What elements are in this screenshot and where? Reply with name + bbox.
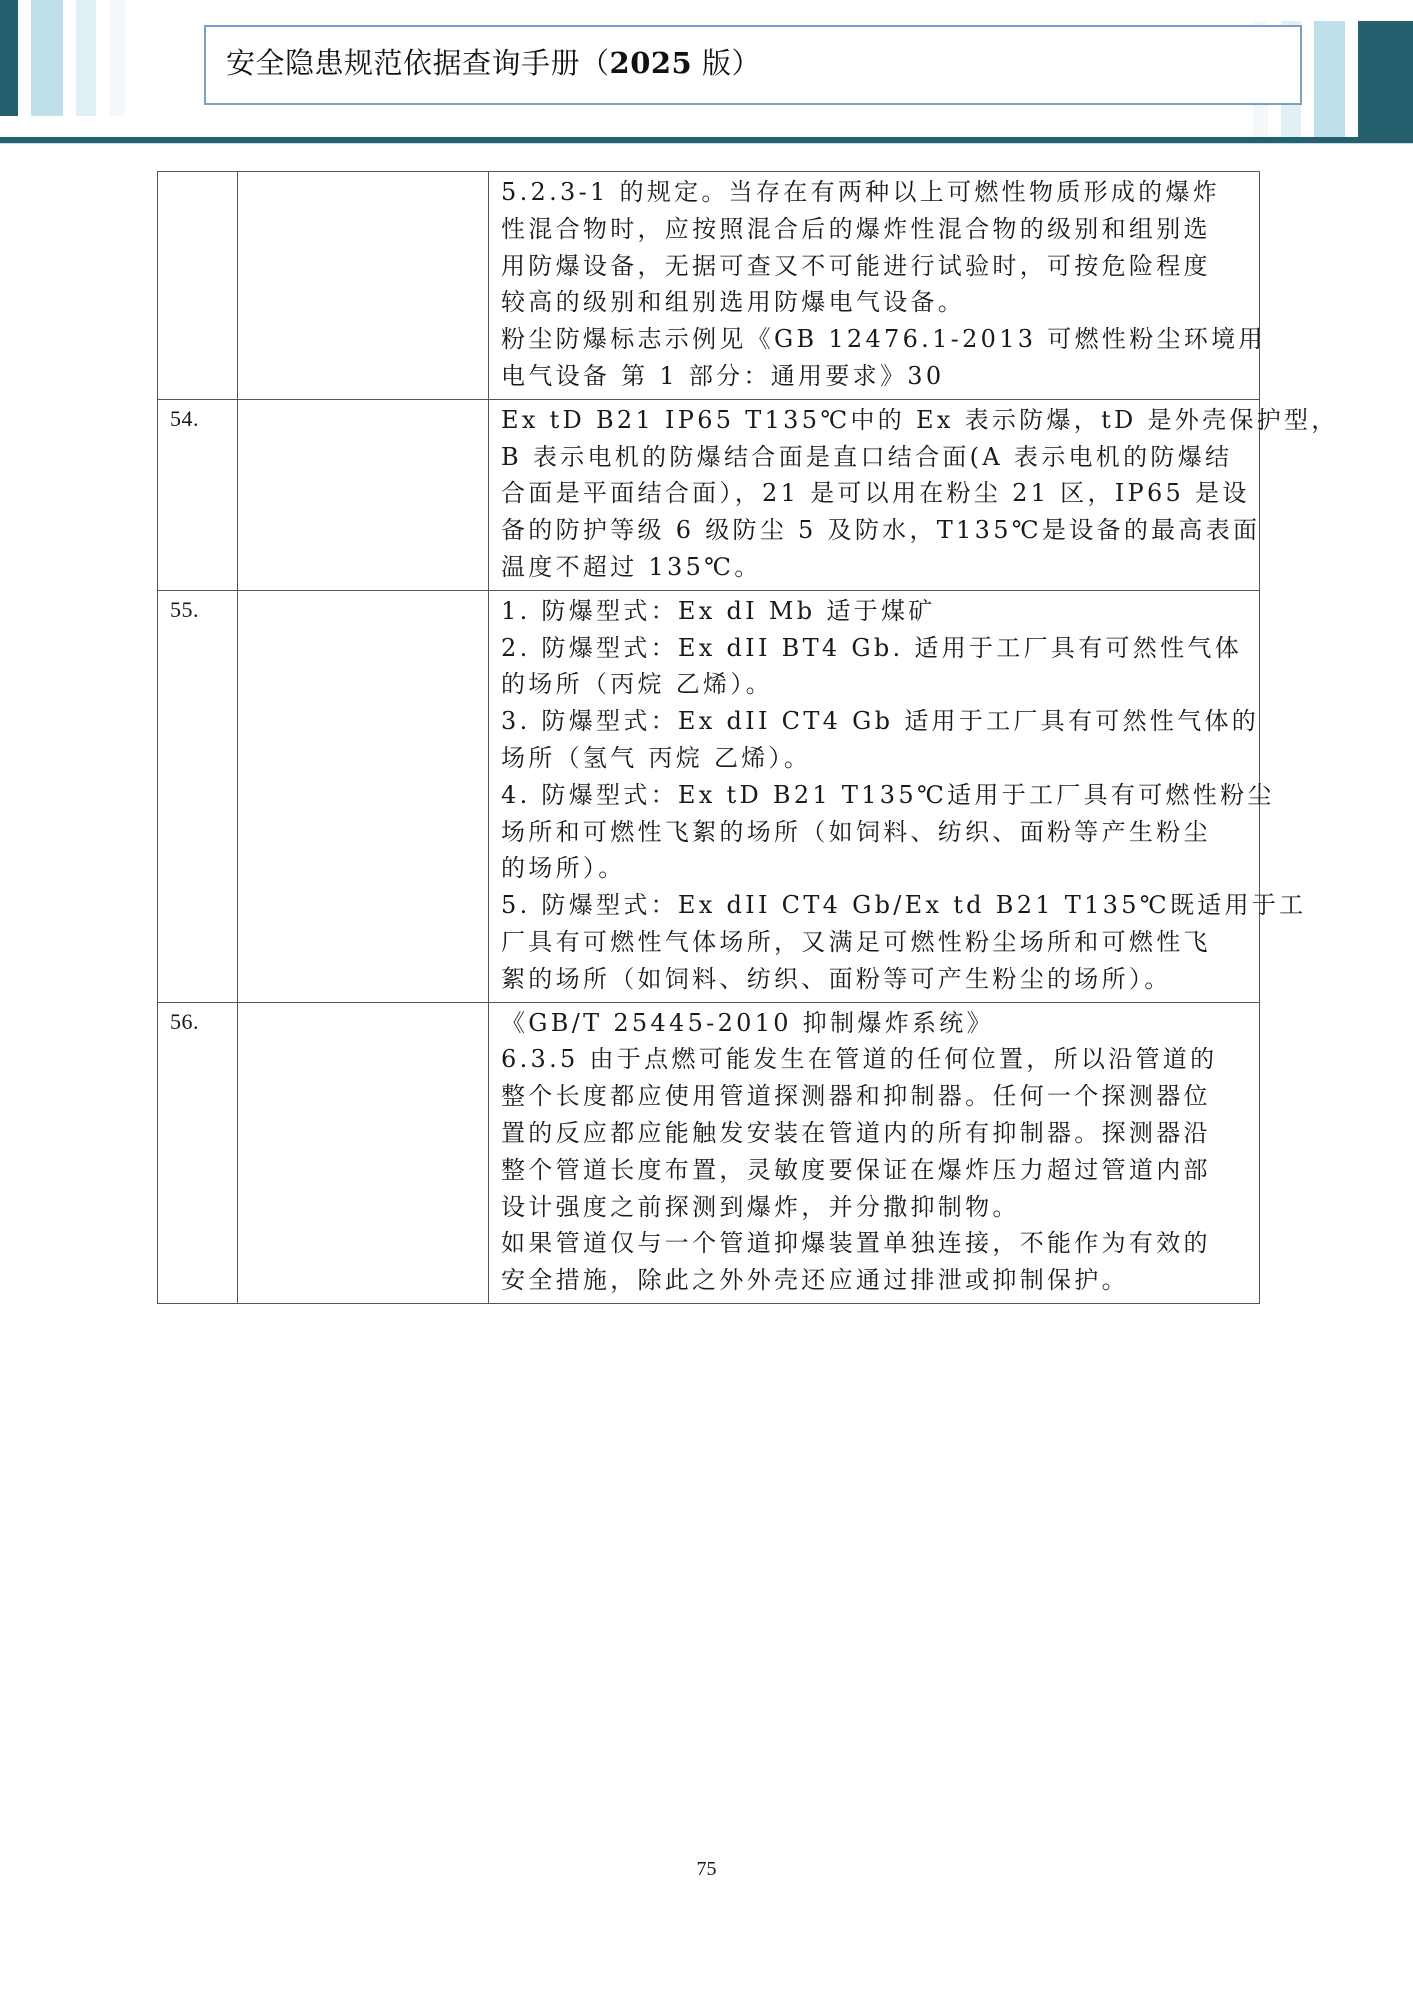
row-middle-cell [238, 590, 489, 1002]
header-stripe-faint-left [110, 0, 125, 116]
header-stripe-light-right [1314, 21, 1345, 138]
row-number: 56. [158, 1002, 238, 1303]
content-line: 安全措施，除此之外外壳还应通过排泄或抑制保护。 [501, 1262, 1243, 1299]
row-middle-cell [238, 1002, 489, 1303]
row-content: 1. 防爆型式：Ex dI Mb 适于煤矿 2. 防爆型式：Ex dII BT4… [489, 590, 1260, 1002]
content-line: 厂具有可燃性气体场所，又满足可燃性粉尘场所和可燃性飞 [501, 924, 1243, 961]
content-line: 的场所（丙烷 乙烯）。 [501, 666, 1243, 703]
content-line: 整个长度都应使用管道探测器和抑制器。任何一个探测器位 [501, 1078, 1243, 1115]
page-number: 75 [0, 1858, 1413, 1881]
header-stripe-dark-right [1358, 21, 1413, 138]
row-content: 5.2.3-1 的规定。当存在有两种以上可燃性物质形成的爆炸 性混合物时，应按照… [489, 172, 1260, 400]
content-line: 粉尘防爆标志示例见《GB 12476.1-2013 可燃性粉尘环境用 [501, 321, 1243, 358]
row-number: 54. [158, 399, 238, 590]
content-line: B 表示电机的防爆结合面是直口结合面(A 表示电机的防爆结 [501, 439, 1243, 476]
content-line: 合面是平面结合面），21 是可以用在粉尘 21 区，IP65 是设 [501, 475, 1243, 512]
content-line: 3. 防爆型式：Ex dII CT4 Gb 适用于工厂具有可然性气体的 [501, 703, 1243, 740]
header-stripe-dark-left [0, 0, 18, 116]
content-line: 如果管道仅与一个管道抑爆装置单独连接，不能作为有效的 [501, 1225, 1243, 1262]
content-line: 4. 防爆型式：Ex tD B21 T135℃适用于工厂具有可燃性粉尘 [501, 777, 1243, 814]
content-line: 性混合物时，应按照混合后的爆炸性混合物的级别和组别选 [501, 211, 1243, 248]
row-number: 55. [158, 590, 238, 1002]
content-line: 整个管道长度布置，灵敏度要保证在爆炸压力超过管道内部 [501, 1152, 1243, 1189]
header-divider-accent [0, 143, 1413, 144]
content-line: 备的防护等级 6 级防尘 5 及防水，T135℃是设备的最高表面 [501, 512, 1243, 549]
content-line: 场所和可燃性飞絮的场所（如饲料、纺织、面粉等产生粉尘 [501, 814, 1243, 851]
content-line: 较高的级别和组别选用防爆电气设备。 [501, 284, 1243, 321]
content-line: 温度不超过 135℃。 [501, 549, 1243, 586]
row-content: Ex tD B21 IP65 T135℃中的 Ex 表示防爆，tD 是外壳保护型… [489, 399, 1260, 590]
content-line: 场所（氢气 丙烷 乙烯）。 [501, 740, 1243, 777]
row-middle-cell [238, 172, 489, 400]
regulation-table: 5.2.3-1 的规定。当存在有两种以上可燃性物质形成的爆炸 性混合物时，应按照… [157, 171, 1260, 1304]
title-tail: 版） [692, 46, 761, 80]
content-line: 6.3.5 由于点燃可能发生在管道的任何位置，所以沿管道的 [501, 1041, 1243, 1078]
row-number [158, 172, 238, 400]
row-middle-cell [238, 399, 489, 590]
table-row: 5.2.3-1 的规定。当存在有两种以上可燃性物质形成的爆炸 性混合物时，应按照… [158, 172, 1260, 400]
content-line: 絮的场所（如饲料、纺织、面粉等可产生粉尘的场所）。 [501, 961, 1243, 998]
content-line: 5. 防爆型式：Ex dII CT4 Gb/Ex td B21 T135℃既适用… [501, 887, 1243, 924]
content-line: 置的反应都应能触发安装在管道内的所有抑制器。探测器沿 [501, 1115, 1243, 1152]
page-title: 安全隐患规范依据查询手册（2025 版） [226, 41, 761, 82]
content-line: 电气设备 第 1 部分：通用要求》30 [501, 358, 1243, 395]
content-line: 的场所）。 [501, 850, 1243, 887]
content-line: 设计强度之前探测到爆炸，并分撒抑制物。 [501, 1189, 1243, 1226]
table-row: 54. Ex tD B21 IP65 T135℃中的 Ex 表示防爆，tD 是外… [158, 399, 1260, 590]
content-line: 用防爆设备，无据可查又不可能进行试验时，可按危险程度 [501, 248, 1243, 285]
content-line: 1. 防爆型式：Ex dI Mb 适于煤矿 [501, 593, 1243, 630]
header-stripe-light-left [31, 0, 63, 116]
table-row: 55. 1. 防爆型式：Ex dI Mb 适于煤矿 2. 防爆型式：Ex dII… [158, 590, 1260, 1002]
table-body: 5.2.3-1 的规定。当存在有两种以上可燃性物质形成的爆炸 性混合物时，应按照… [158, 172, 1260, 1304]
content-line: Ex tD B21 IP65 T135℃中的 Ex 表示防爆，tD 是外壳保护型… [501, 402, 1243, 439]
header-stripe-lighter-left [76, 0, 96, 116]
content-line: 2. 防爆型式：Ex dII BT4 Gb. 适用于工厂具有可然性气体 [501, 630, 1243, 667]
title-main: 安全隐患规范依据查询手册（ [226, 46, 610, 80]
header-title-box: 安全隐患规范依据查询手册（2025 版） [204, 25, 1302, 105]
content-line: 5.2.3-1 的规定。当存在有两种以上可燃性物质形成的爆炸 [501, 174, 1243, 211]
table-row: 56. 《GB/T 25445-2010 抑制爆炸系统》 6.3.5 由于点燃可… [158, 1002, 1260, 1303]
row-content: 《GB/T 25445-2010 抑制爆炸系统》 6.3.5 由于点燃可能发生在… [489, 1002, 1260, 1303]
content-line: 《GB/T 25445-2010 抑制爆炸系统》 [501, 1005, 1243, 1042]
title-year: 2025 [610, 46, 693, 80]
